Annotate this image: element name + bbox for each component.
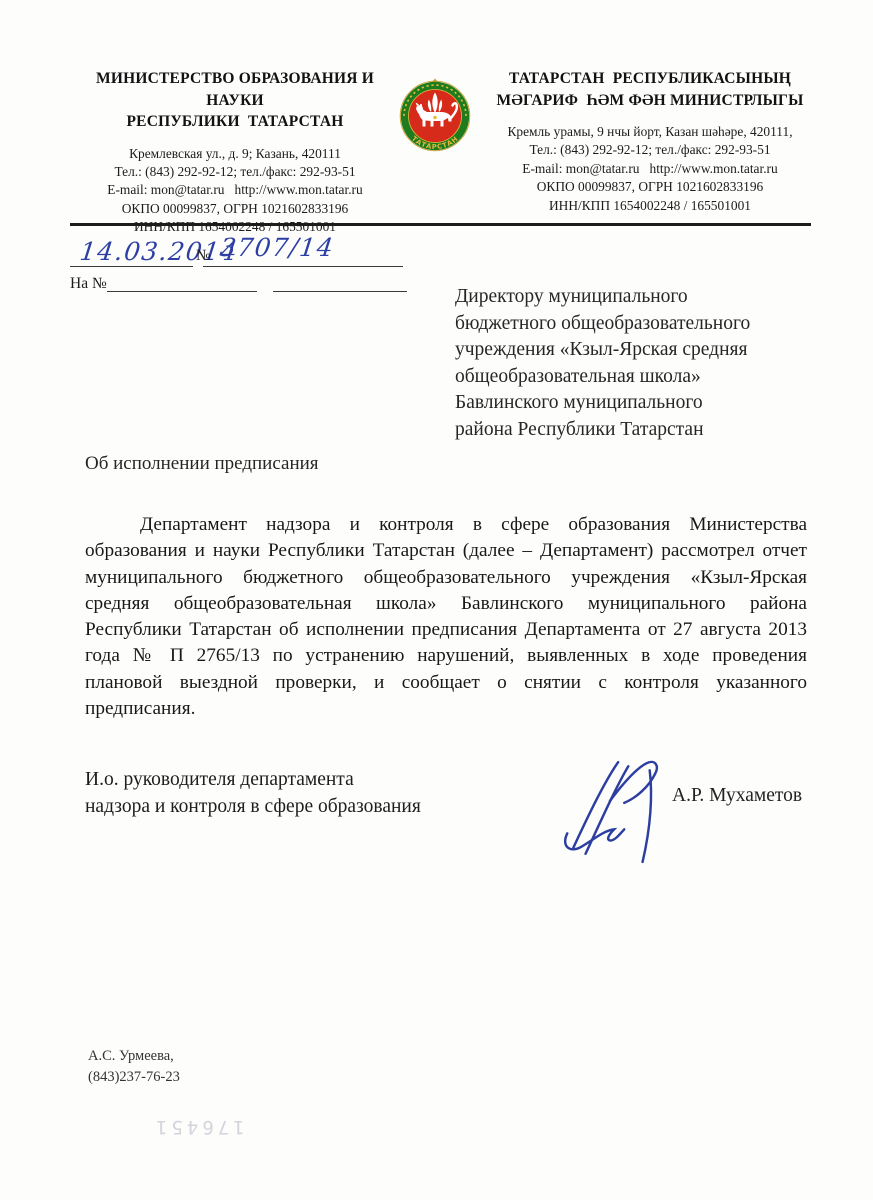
recipient-line: общеобразовательная школа» <box>455 364 823 391</box>
phone-line: Тел.: (843) 292-92-12; тел./факс: 292-93… <box>482 141 818 159</box>
reply-date-blank-line <box>107 291 257 292</box>
reply-to-number-label: На № <box>70 275 107 293</box>
ministry-name-tatar: ТАТАРСТАН РЕСПУБЛИКАСЫНЫҢ МӘГАРИФ ҺӘМ ФӘ… <box>482 68 818 111</box>
date-blank-line <box>70 266 193 267</box>
executor-contact: А.С. Урмеева, (843)237-76-23 <box>88 1046 180 1087</box>
executor-phone: (843)237-76-23 <box>88 1067 180 1088</box>
letterhead-divider-rule <box>70 223 811 226</box>
address-line: Кремль урамы, 9 нчы йорт, Казан шәһәре, … <box>482 123 818 141</box>
recipient-line: бюджетного общеобразовательного <box>455 311 823 338</box>
scanned-letter-page: МИНИСТЕРСТВО ОБРАЗОВАНИЯ И НАУКИ РЕСПУБЛ… <box>0 0 873 1200</box>
address-line: Кремлевская ул., д. 9; Казань, 420111 <box>68 145 402 163</box>
email-web-line: E-mail: mon@tatar.ru http://www.mon.tata… <box>482 160 818 178</box>
signer-position: И.о. руководителя департамента надзора и… <box>85 766 421 820</box>
signer-name: А.Р. Мухаметов <box>672 785 802 807</box>
ministry-name-russian-line1: МИНИСТЕРСТВО ОБРАЗОВАНИЯ И НАУКИ <box>68 68 402 111</box>
okpo-ogrn-line: ОКПО 00099837, ОГРН 1021602833196 <box>482 178 818 196</box>
recipient-line: Бавлинского муниципального <box>455 390 823 417</box>
reply-number-blank-line <box>273 291 407 292</box>
recipient-line: Директору муниципального <box>455 284 823 311</box>
handwritten-signature-icon <box>558 752 662 866</box>
letterhead-left: МИНИСТЕРСТВО ОБРАЗОВАНИЯ И НАУКИ РЕСПУБЛ… <box>68 68 402 237</box>
executor-name: А.С. Урмеева, <box>88 1046 180 1067</box>
phone-line: Тел.: (843) 292-92-12; тел./факс: 292-93… <box>68 163 402 181</box>
ministry-name-tatar-line1: ТАТАРСТАН РЕСПУБЛИКАСЫНЫҢ <box>482 68 818 90</box>
recipient-block: Директору муниципального бюджетного обще… <box>455 284 823 443</box>
signer-position-line1: И.о. руководителя департамента <box>85 766 421 793</box>
ministry-name-russian: МИНИСТЕРСТВО ОБРАЗОВАНИЯ И НАУКИ РЕСПУБЛ… <box>68 68 402 133</box>
number-sign-label: № <box>196 247 211 265</box>
faint-stamp-number: 176451 <box>152 1116 245 1138</box>
tatarstan-coat-of-arms-icon: ТАТАРСТАН <box>397 78 473 154</box>
ministry-name-tatar-line2: МӘГАРИФ ҺӘМ ФӘН МИНИСТРЛЫГЫ <box>482 90 818 112</box>
recipient-line: района Республики Татарстан <box>455 417 823 444</box>
inn-kpp-line: ИНН/КПП 1654002248 / 165501001 <box>482 197 818 215</box>
signer-position-line2: надзора и контроля в сфере образования <box>85 793 421 820</box>
handwritten-outgoing-number: 3707/14 <box>218 233 336 262</box>
letterhead-right-details: Кремль урамы, 9 нчы йорт, Казан шәһәре, … <box>482 123 818 215</box>
letterhead-right: ТАТАРСТАН РЕСПУБЛИКАСЫНЫҢ МӘГАРИФ ҺӘМ ФӘ… <box>482 68 818 215</box>
email-web-line: E-mail: mon@tatar.ru http://www.mon.tata… <box>68 181 402 199</box>
number-blank-line <box>203 266 403 267</box>
body-paragraph: Департамент надзора и контроля в сфере о… <box>85 512 807 722</box>
okpo-ogrn-line: ОКПО 00099837, ОГРН 1021602833196 <box>68 200 402 218</box>
recipient-line: учреждения «Кзыл-Ярская средняя <box>455 337 823 364</box>
ministry-name-russian-line2: РЕСПУБЛИКИ ТАТАРСТАН <box>68 111 402 133</box>
subject-line: Об исполнении предписания <box>85 453 319 475</box>
handwritten-date: 14.03.2014 <box>78 237 240 266</box>
